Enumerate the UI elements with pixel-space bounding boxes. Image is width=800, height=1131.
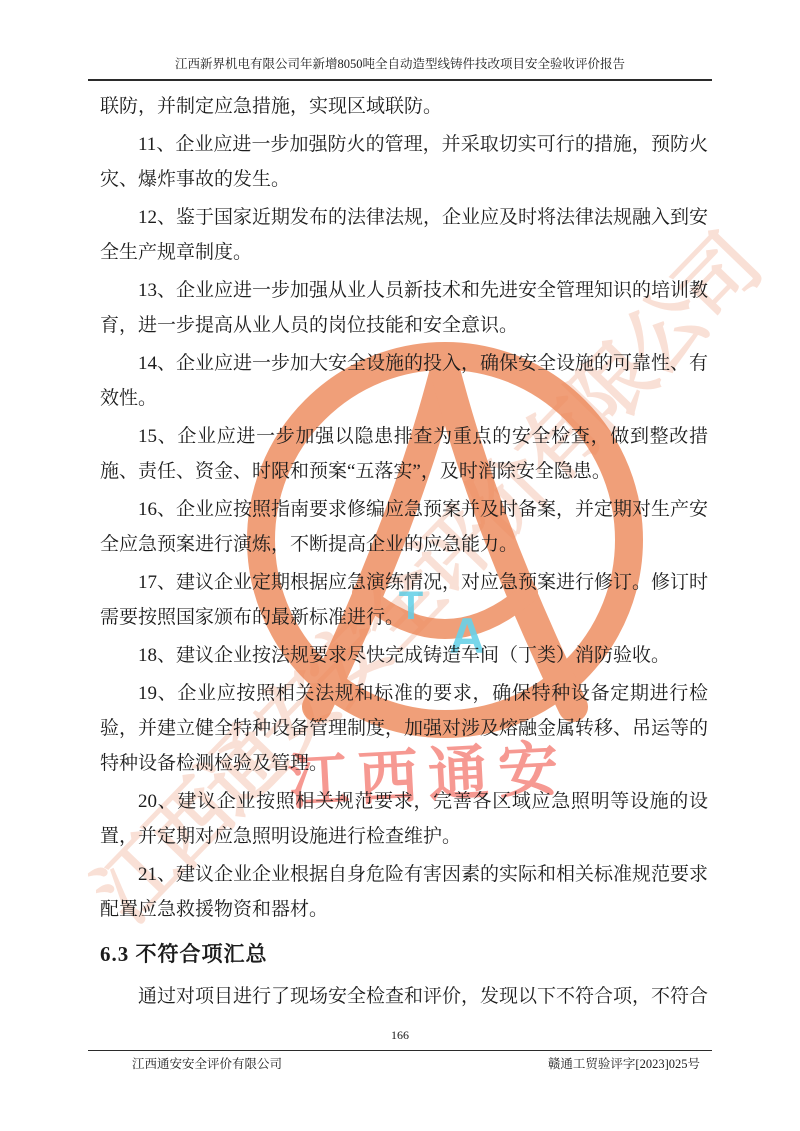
body-paragraph-15: 15、企业应进一步加强以隐患排查为重点的安全检查，做到整改措施、责任、资金、时限… (100, 419, 708, 489)
report-page: 江西通安安全评价有限公司 T A 江西通安 江西新界机电有限公司年新增8050吨… (0, 0, 800, 1131)
body-paragraph-11: 11、企业应进一步加强防火的管理，并采取切实可行的措施，预防火灾、爆炸事故的发生… (100, 127, 708, 197)
page-number: 166 (0, 1028, 800, 1043)
body-paragraph-13: 13、企业应进一步加强从业人员新技术和先进安全管理知识的培训教育，进一步提高从业… (100, 273, 708, 343)
body-paragraph-14: 14、企业应进一步加大安全设施的投入，确保安全设施的可靠性、有效性。 (100, 346, 708, 416)
footer-doc-number: 赣通工贸验评字[2023]025号 (548, 1054, 700, 1072)
body-paragraph-17: 17、建议企业定期根据应急演练情况，对应急预案进行修订。修订时需要按照国家颁布的… (100, 565, 708, 635)
body-paragraph-19: 19、企业应按照相关法规和标准的要求，确保特种设备定期进行检验，并建立健全特种设… (100, 676, 708, 781)
header-rule (88, 79, 712, 81)
body-paragraph-continuation: 联防，并制定应急措施，实现区域联防。 (100, 89, 708, 124)
footer-row: 江西通安安全评价有限公司 赣通工贸验评字[2023]025号 (88, 1054, 712, 1072)
body-paragraph-18: 18、建议企业按法规要求尽快完成铸造车间（丁类）消防验收。 (100, 638, 708, 673)
body-paragraph-closing: 通过对项目进行了现场安全检查和评价，发现以下不符合项，不符合 (100, 979, 708, 1014)
footer-rule (88, 1050, 712, 1051)
body-paragraph-20: 20、建议企业按照相关规范要求，完善各区域应急照明等设施的设置，并定期对应急照明… (100, 784, 708, 854)
body-paragraph-21: 21、建议企业企业根据自身危险有害因素的实际和相关标准规范要求配置应急救援物资和… (100, 857, 708, 927)
header-title: 江西新界机电有限公司年新增8050吨全自动造型线铸件技改项目安全验收评价报告 (0, 54, 800, 72)
report-body: 联防，并制定应急措施，实现区域联防。 11、企业应进一步加强防火的管理，并采取切… (100, 89, 708, 1017)
footer-company: 江西通安安全评价有限公司 (132, 1054, 282, 1072)
body-paragraph-12: 12、鉴于国家近期发布的法律法规，企业应及时将法律法规融入到安全生产规章制度。 (100, 200, 708, 270)
body-paragraph-16: 16、企业应按照指南要求修编应急预案并及时备案，并定期对生产安全应急预案进行演炼… (100, 492, 708, 562)
section-heading: 6.3 不符合项汇总 (100, 939, 708, 969)
